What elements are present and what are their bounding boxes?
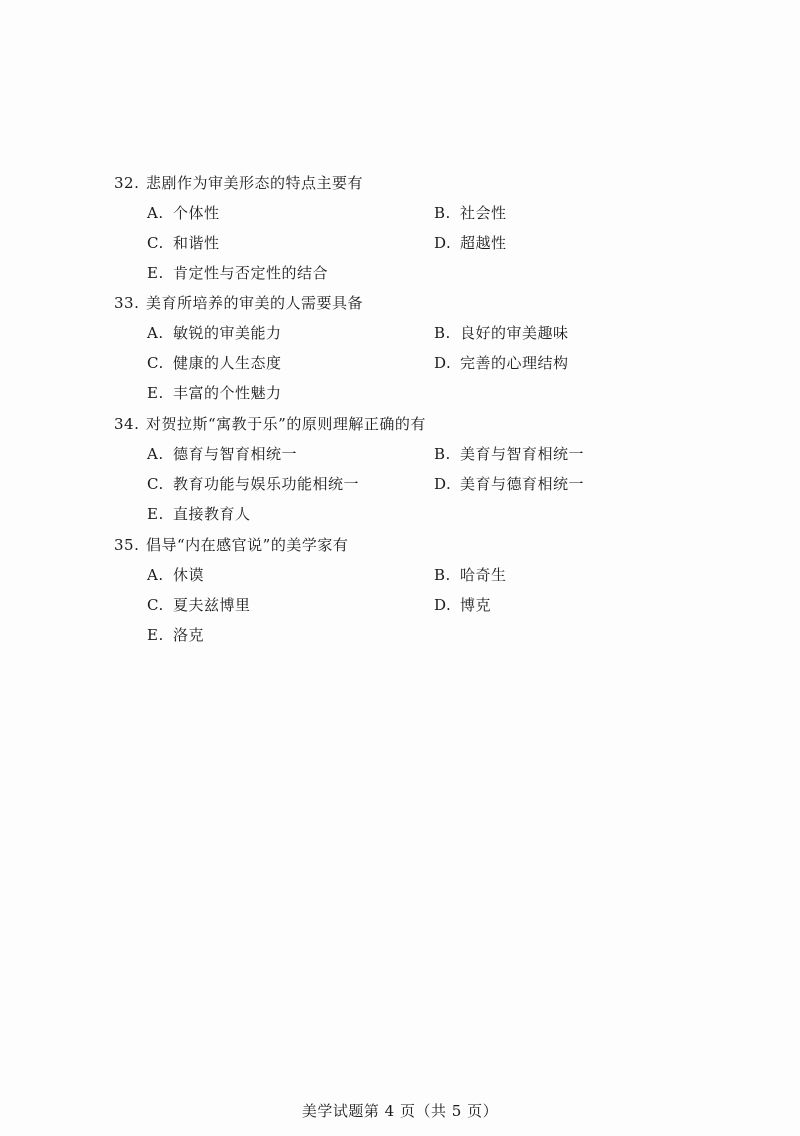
option-d: D.博克 <box>434 595 491 615</box>
question-stem: 32.悲剧作为审美形态的特点主要有 <box>114 173 674 193</box>
options-row: C.夏夫兹博里 D.博克 <box>114 595 674 625</box>
option-e: E.肯定性与否定性的结合 <box>147 263 328 283</box>
option-a: A.德育与智育相统一 <box>147 444 297 464</box>
options-row: A.休谟 B.哈奇生 <box>114 565 674 595</box>
options-row: E.洛克 <box>114 625 674 655</box>
option-e: E.洛克 <box>147 625 204 645</box>
question-33: 33.美育所培养的审美的人需要具备 A.敏锐的审美能力 B.良好的审美趣味 C.… <box>114 293 674 413</box>
question-text: 美育所培养的审美的人需要具备 <box>146 294 363 312</box>
question-text: 悲剧作为审美形态的特点主要有 <box>146 174 363 192</box>
question-stem: 35.倡导“内在感官说”的美学家有 <box>114 535 674 555</box>
option-c: C.健康的人生态度 <box>147 353 282 373</box>
option-a: A.敏锐的审美能力 <box>147 323 282 343</box>
option-c: C.夏夫兹博里 <box>147 595 251 615</box>
option-b: B.社会性 <box>434 203 507 223</box>
options-row: C.健康的人生态度 D.完善的心理结构 <box>114 353 674 383</box>
options-row: E.肯定性与否定性的结合 <box>114 263 674 293</box>
option-d: D.完善的心理结构 <box>434 353 569 373</box>
option-e: E.丰富的个性魅力 <box>147 383 282 403</box>
question-34: 34.对贺拉斯“寓教于乐”的原则理解正确的有 A.德育与智育相统一 B.美育与智… <box>114 414 674 534</box>
question-32: 32.悲剧作为审美形态的特点主要有 A.个体性 B.社会性 C.和谐性 D.超越… <box>114 173 674 293</box>
option-b: B.美育与智育相统一 <box>434 444 584 464</box>
options-row: C.和谐性 D.超越性 <box>114 233 674 263</box>
question-stem: 34.对贺拉斯“寓教于乐”的原则理解正确的有 <box>114 414 674 434</box>
option-b: B.良好的审美趣味 <box>434 323 569 343</box>
option-c: C.教育功能与娱乐功能相统一 <box>147 474 359 494</box>
options-row: E.直接教育人 <box>114 504 674 534</box>
options-row: A.德育与智育相统一 B.美育与智育相统一 <box>114 444 674 474</box>
question-text: 对贺拉斯“寓教于乐”的原则理解正确的有 <box>146 415 426 433</box>
option-c: C.和谐性 <box>147 233 220 253</box>
option-e: E.直接教育人 <box>147 504 251 524</box>
option-d: D.美育与德育相统一 <box>434 474 584 494</box>
options-row: A.个体性 B.社会性 <box>114 203 674 233</box>
options-row: A.敏锐的审美能力 B.良好的审美趣味 <box>114 323 674 353</box>
question-35: 35.倡导“内在感官说”的美学家有 A.休谟 B.哈奇生 C.夏夫兹博里 D.博… <box>114 535 674 655</box>
question-stem: 33.美育所培养的审美的人需要具备 <box>114 293 674 313</box>
question-number: 35. <box>114 535 146 555</box>
question-number: 34. <box>114 414 146 434</box>
question-number: 32. <box>114 173 146 193</box>
exam-page: 32.悲剧作为审美形态的特点主要有 A.个体性 B.社会性 C.和谐性 D.超越… <box>0 0 800 1136</box>
option-b: B.哈奇生 <box>434 565 507 585</box>
question-text: 倡导“内在感官说”的美学家有 <box>146 536 348 554</box>
options-row: E.丰富的个性魅力 <box>114 383 674 413</box>
options-row: C.教育功能与娱乐功能相统一 D.美育与德育相统一 <box>114 474 674 504</box>
option-a: A.个体性 <box>147 203 220 223</box>
option-a: A.休谟 <box>147 565 204 585</box>
page-footer: 美学试题第 4 页（共 5 页） <box>0 1100 800 1121</box>
question-number: 33. <box>114 293 146 313</box>
option-d: D.超越性 <box>434 233 507 253</box>
